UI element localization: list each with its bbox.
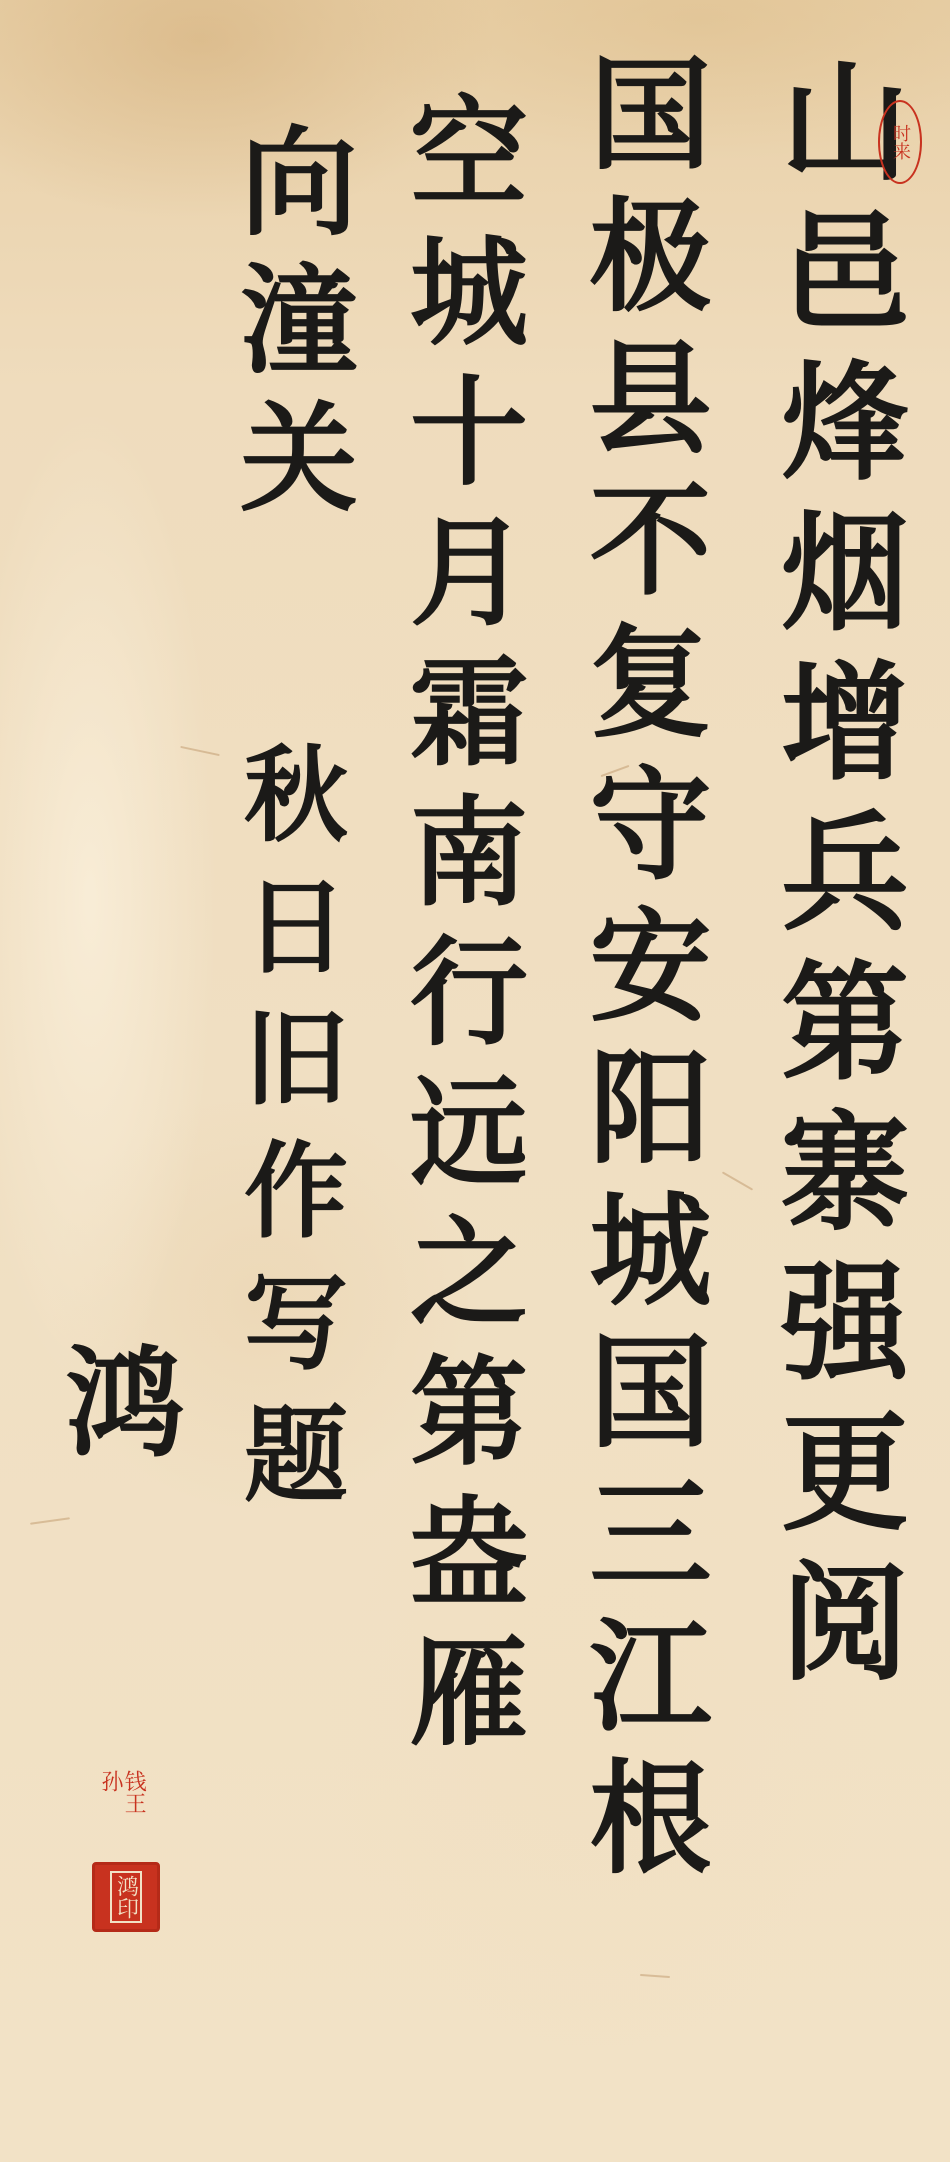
artist-seal-lower: 鸿印 <box>92 1862 160 1932</box>
leading-seal-text: 时来 <box>891 124 909 160</box>
calligraphy-column-4: 向潼关 <box>230 120 348 534</box>
calligraphy-column-2: 国极县不复守安阳城国三江根 <box>580 50 702 1896</box>
leading-seal-oval: 时来 <box>878 100 922 184</box>
artist-seal-upper: 钱王孙 <box>98 1770 146 1822</box>
artist-seal-lower-text: 鸿印 <box>110 1871 141 1923</box>
calligraphy-scroll: 山邑烽烟增兵第寨强更阅 国极县不复守安阳城国三江根 空城十月霜南行远之第盎雁 向… <box>0 0 950 2162</box>
inscription-column: 秋日旧作写题 <box>235 740 339 1532</box>
paper-fiber <box>180 746 220 756</box>
artist-signature: 鸿 <box>55 1340 175 1470</box>
paper-fiber <box>30 1517 70 1525</box>
paper-fiber <box>722 1171 753 1190</box>
calligraphy-column-1: 山邑烽烟增兵第寨强更阅 <box>770 55 898 1705</box>
artist-seal-upper-text: 钱王孙 <box>99 1770 145 1822</box>
calligraphy-column-3: 空城十月霜南行远之第盎雁 <box>400 90 518 1770</box>
paper-fiber <box>640 1974 670 1978</box>
